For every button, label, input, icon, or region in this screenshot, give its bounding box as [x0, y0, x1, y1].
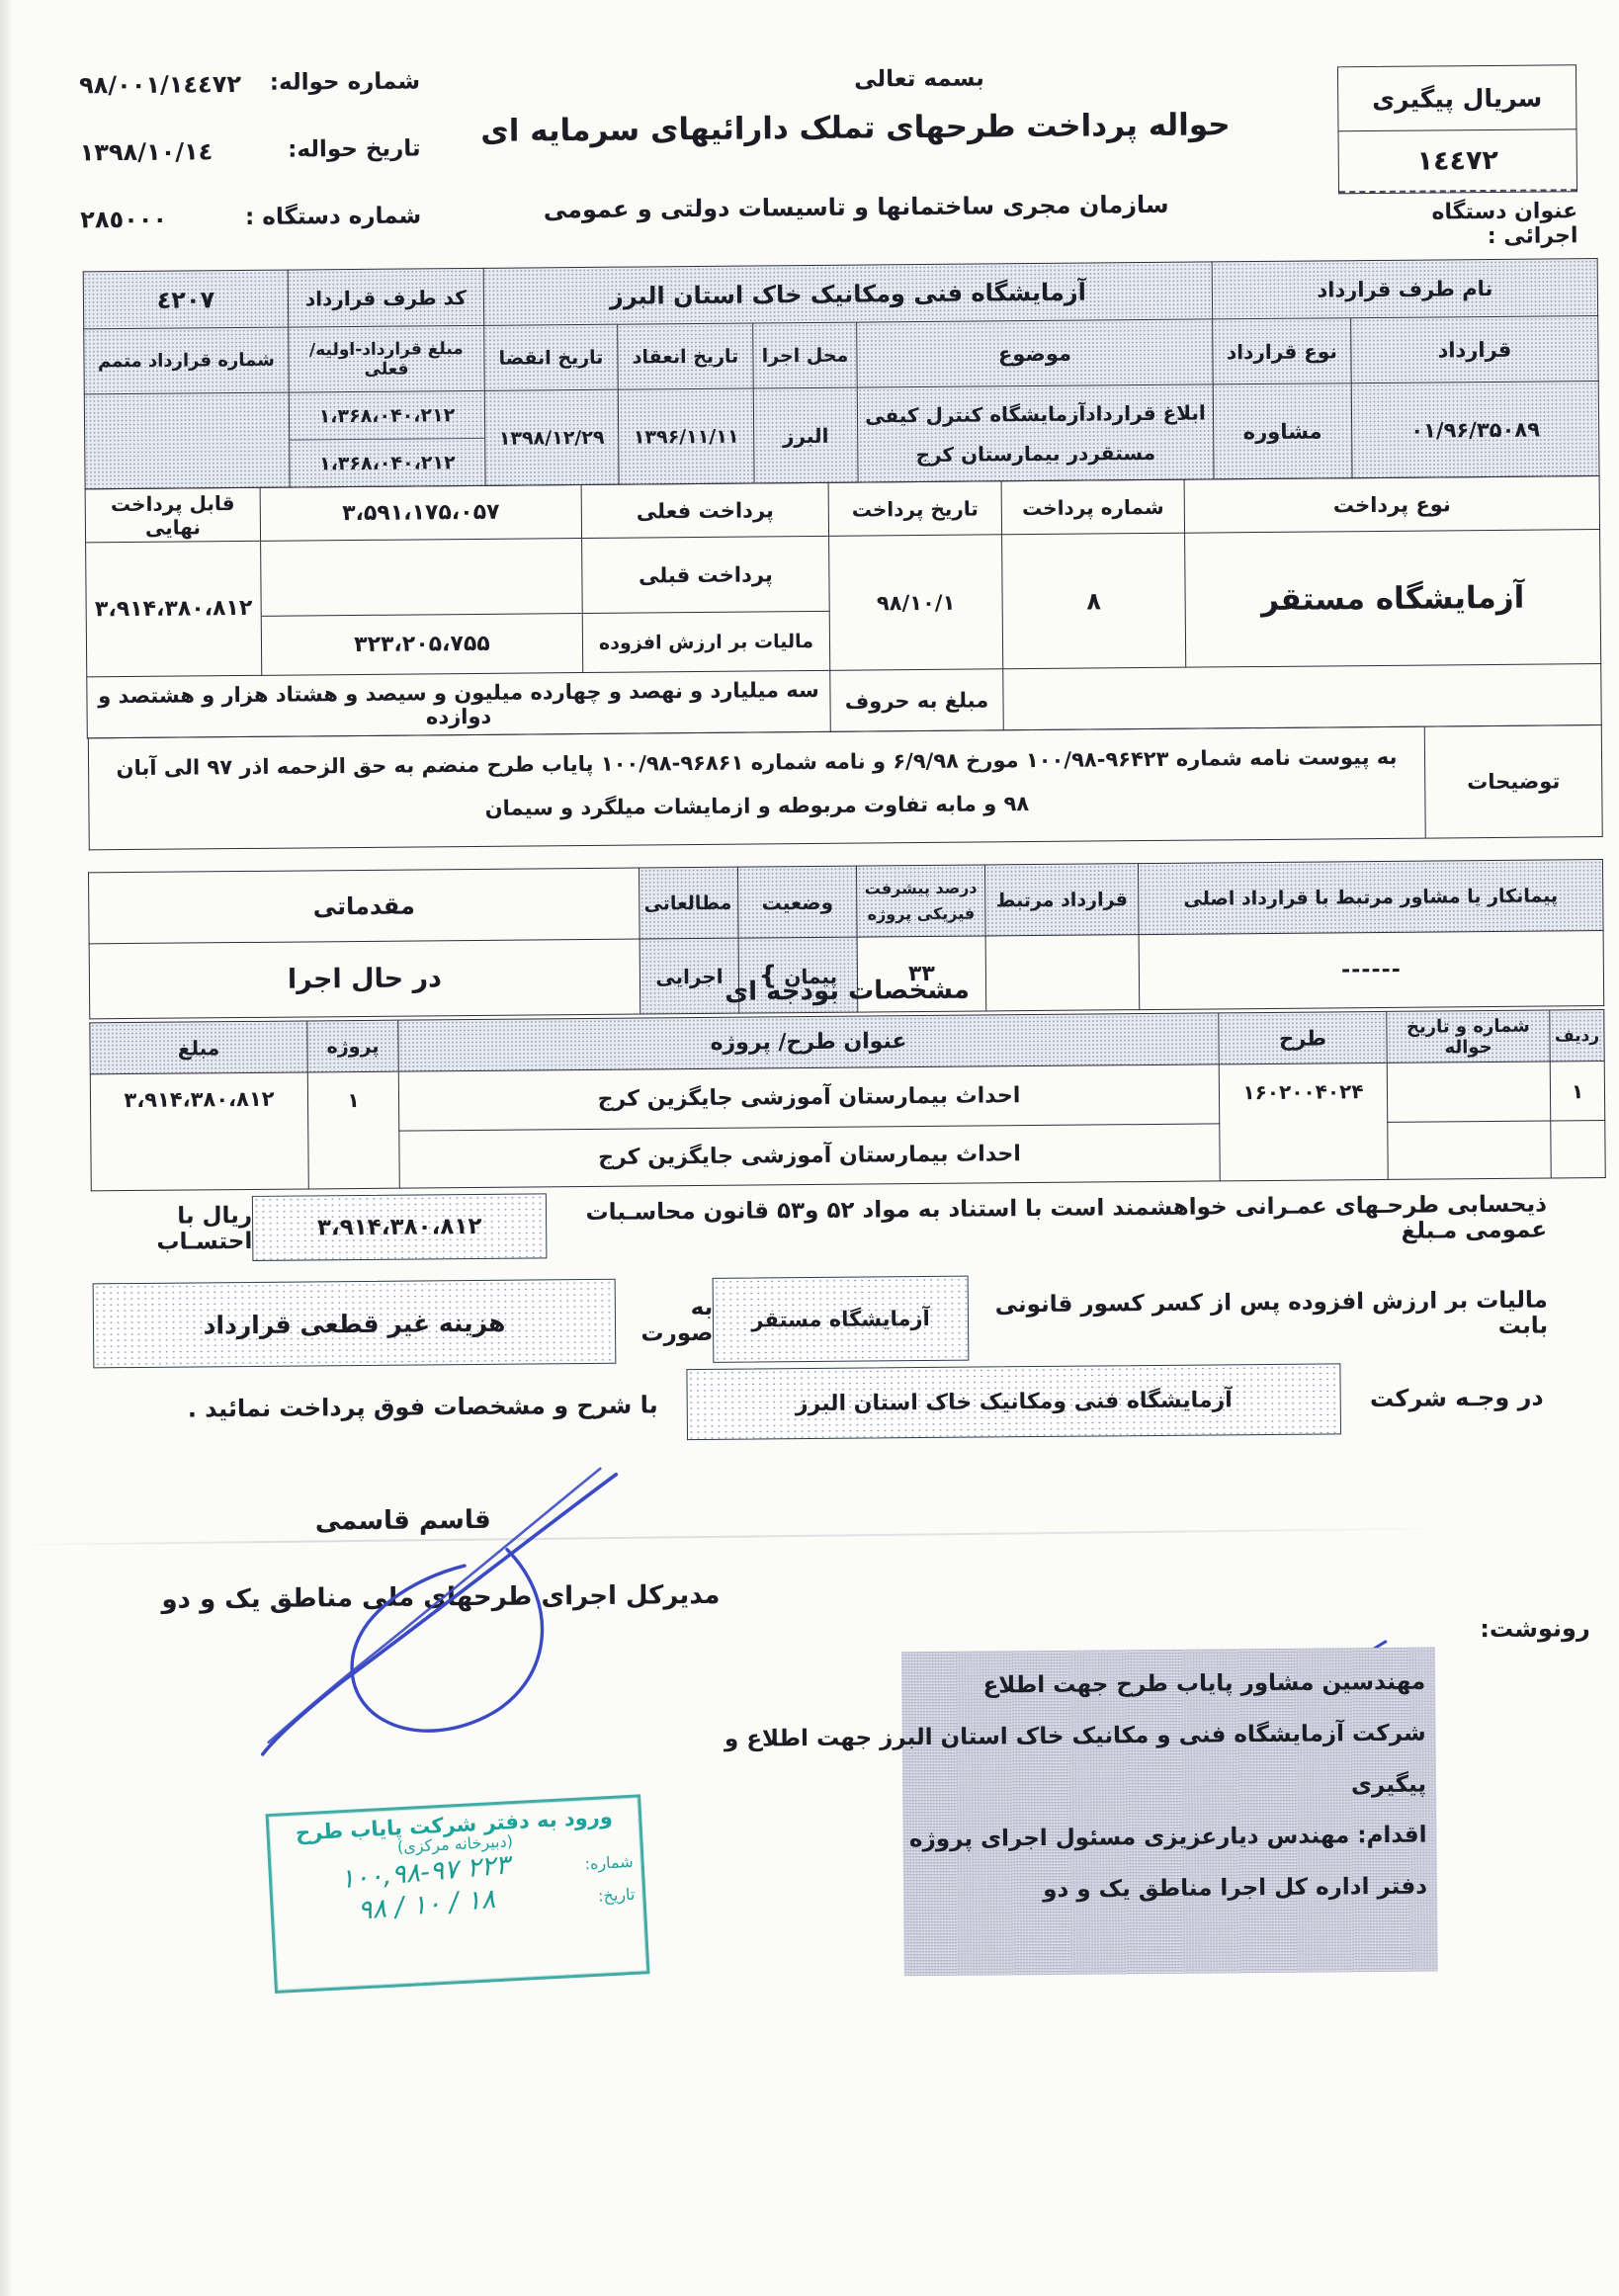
contract-col-type: نوع قرارداد — [1213, 318, 1352, 384]
directive-line1-text: ذیحسابی طرحـهای عمـرانی خواهشمند است با … — [547, 1192, 1547, 1252]
havaleh-date-value: ١٣٩٨/١٠/١٤ — [80, 137, 213, 166]
payment-date-value: ۹۸/۱۰/۱ — [829, 535, 1003, 671]
directive-line3-suffix: با شرح و مشخصات فوق پرداخت نمائید . — [188, 1391, 658, 1422]
contract-party-code-label: کد طرف قرارداد — [288, 268, 483, 327]
contract-col-subject: موضوع — [857, 319, 1214, 387]
payment-final-label: قابل پرداخت نهایی — [85, 487, 260, 543]
havaleh-date-row: تاریخ حواله: ١٣٩٨/١٠/١٤ — [80, 135, 421, 166]
cc-item-3: پیگیری — [902, 1759, 1436, 1815]
payment-words-spacer — [1003, 664, 1602, 730]
budget-row1-project-title: احداث بیمارستان آموزشی جایگزین کرج — [398, 1064, 1219, 1131]
payment-previous-label: پرداخت قبلی — [582, 536, 830, 613]
budget-row1-index: ۱ — [1550, 1061, 1605, 1120]
payment-table: نوع پرداخت شماره پرداخت تاریخ پرداخت پرد… — [86, 475, 1602, 738]
budget-col-amount: مبلغ — [90, 1021, 307, 1074]
directive-expense-box: هزینه غیر قطعی قرارداد — [93, 1279, 617, 1369]
contract-party-value: آزمایشگاه فنی ومکانیک خاک استان البرز — [483, 262, 1213, 325]
directive-line3-text: در وجـه شرکت — [1370, 1384, 1544, 1413]
contract-col-location: محل اجرا — [753, 322, 858, 388]
contract-expiry-date-value: ۱۳۹۸/۱۲/۲۹ — [484, 389, 619, 485]
budget-row2-project-title: احداث بیمارستان آموزشی جایگزین کرج — [399, 1124, 1220, 1188]
contract-amount-cell: ۱،۳۶۸،۰۴۰،۲۱۲ ۱،۳۶۸،۰۴۰،۲۱۲ — [289, 390, 485, 487]
contract-type-value: مشاوره — [1213, 383, 1352, 479]
havaleh-number-row: شماره حواله: ٩٨/٠٠١/١٤٤٧٢ — [79, 68, 420, 99]
contract-col-contract: قرارداد — [1351, 316, 1599, 383]
budget-row1-tarh: ۱۶۰۲۰۰۴۰۲۴ — [1219, 1063, 1388, 1180]
status-state-label: وضعیت — [737, 866, 857, 938]
stamp-date-label: تاریخ: — [571, 1885, 636, 1907]
tracking-serial-label: سریال پیگیری — [1338, 65, 1576, 131]
cc-box: مهندسین مشاور پایاب طرح جهت اطلاع شرکت آ… — [901, 1648, 1438, 1977]
contract-col-addendum: شماره قرارداد متمم — [84, 327, 290, 394]
payment-vat-label: مالیات بر ارزش افزوده — [582, 611, 830, 672]
contract-col-amount: مبلغ قرارداد-اولیه/فعلی — [289, 325, 485, 392]
scanned-document-page: سریال پیگیری ١٤٤٧٢ بسمه تعالی حواله پردا… — [0, 0, 1619, 2296]
budget-col-tarh: طرح — [1219, 1011, 1387, 1063]
payment-previous-value — [261, 539, 583, 617]
budget-row1-project: ۱ — [307, 1071, 399, 1189]
payment-number-label: شماره پرداخت — [1001, 479, 1184, 535]
payment-current-label: پرداخت فعلی — [581, 482, 828, 538]
contract-party-label: نام طرف قرارداد — [1212, 259, 1597, 319]
status-study-label: مطالعاتی — [639, 867, 738, 939]
contract-subject-value: ابلاغ قراردادآزمایشگاه کنترل کیفی مستقرد… — [857, 384, 1214, 482]
budget-row1-havaleh — [1387, 1062, 1551, 1122]
contract-amount-initial: ۱،۳۶۸،۰۴۰،۲۱۲ — [290, 391, 484, 440]
device-number-row: شماره دستگاه : ٢٨٥٠٠٠ — [80, 203, 421, 233]
scan-crease-line — [8, 1527, 1451, 1546]
contract-party-code-value: ٤٢٠٧ — [83, 270, 288, 329]
havaleh-date-label: تاریخ حواله: — [288, 135, 421, 164]
cc-item-5: دفتر اداره کل اجرا مناطق یک و دو — [903, 1862, 1437, 1917]
status-progress-label: درصد پیشرفت فیزیکی پروژه — [856, 865, 985, 937]
device-number-label: شماره دستگاه : — [245, 203, 421, 232]
budget-row2-havaleh — [1388, 1121, 1551, 1179]
signatory-name: قاسم قاسمی — [295, 1505, 512, 1537]
notes-text: به پیوست نامه شماره ۹۶۴۲۳-۱۰۰/۹۸ مورخ ۶/… — [88, 726, 1425, 851]
payment-type-label: نوع پرداخت — [1184, 476, 1599, 534]
budget-row1-amount: ۳،۹۱۴،۳۸۰،۸۱۲ — [90, 1072, 308, 1191]
device-number-value: ٢٨٥٠٠٠ — [80, 206, 167, 234]
stamp-number-label: شماره: — [569, 1852, 634, 1874]
payment-date-label: تاریخ پرداخت — [828, 481, 1001, 537]
directive-line1-suffix: ریال با احتسـاب — [92, 1203, 252, 1255]
contract-col-sign-date: تاریخ انعقاد — [618, 323, 754, 389]
besmeh-text: بسمه تعالی — [820, 65, 1018, 93]
contract-addendum-value — [84, 392, 290, 489]
cc-item-4: اقدام: مهندس دیارعزیزی مسئول اجرای پروژه — [902, 1811, 1436, 1866]
entry-stamp: ورود به دفتر شرکت پایاب طرح (دبیرخانه مر… — [266, 1794, 650, 1994]
budget-col-havaleh: شماره و تاریخ حواله — [1387, 1010, 1550, 1063]
contract-amount-current: ۱،۳۶۸،۰۴۰،۲۱۲ — [290, 438, 484, 487]
cc-label: رونوشت: — [1470, 1614, 1590, 1643]
directive-payee-box: آزمایشگاه فنی ومکانیک خاک استان البرز — [687, 1363, 1342, 1440]
document-content: سریال پیگیری ١٤٤٧٢ بسمه تعالی حواله پردا… — [0, 0, 1619, 2296]
amount-words-value: سه میلیارد و نهصد و چهارده میلیون و سیصد… — [87, 670, 831, 738]
directive-payfor-box: آزمایشگاه مستقر — [713, 1276, 969, 1363]
signatory-title: مدیرکل اجرای طرحهای ملی مناطق یک و دو — [161, 1580, 720, 1615]
tracking-serial-value: ١٤٤٧٢ — [1339, 129, 1577, 193]
directive-amount-box: ۳،۹۱۴،۳۸۰،۸۱۲ — [252, 1193, 548, 1261]
payment-final-value: ۳،۹۱۴،۳۸۰،۸۱۲ — [86, 541, 262, 677]
status-contractor-label: پیمانکار یا مشاور مرتبط با قرارداد اصلی — [1138, 860, 1603, 935]
notes-row: توضیحات به پیوست نامه شماره ۹۶۴۲۳-۱۰۰/۹۸… — [88, 724, 1603, 850]
cc-item-2: شرکت آزمایشگاه فنی و مکانیک خاک استان ال… — [901, 1708, 1435, 1763]
amount-words-label: مبلغ به حروف — [830, 669, 1004, 732]
budget-row2-index — [1551, 1120, 1606, 1177]
agency-title-label: عنوان دستگاه اجرائی : — [1365, 199, 1577, 250]
status-related-label: قرارداد مرتبط — [984, 864, 1139, 936]
payment-vat-value: ۳۲۳،۲۰۵،۷۵۵ — [261, 614, 583, 676]
directive-line2-text: مالیات بر ارزش افزوده پس از کسر کسور قان… — [968, 1288, 1548, 1344]
organization-name: سازمان مجری ساختمانها و تاسیسات دولتی و … — [461, 190, 1251, 224]
contract-table: نام طرف قرارداد آزمایشگاه فنی ومکانیک خا… — [84, 258, 1600, 489]
budget-col-project-title: عنوان طرح/ پروژه — [398, 1013, 1219, 1071]
directive-line-1: ذیحسابی طرحـهای عمـرانی خواهشمند است با … — [92, 1185, 1548, 1263]
budget-table: ردیف شماره و تاریخ حواله طرح عنوان طرح/ … — [90, 1009, 1605, 1191]
payment-type-value: آزمایشگاه مستقر — [1185, 530, 1601, 668]
payment-current-value: ۳،۵۹۱،۱۷۵،۰۵۷ — [260, 485, 581, 542]
cc-item-1: مهندسین مشاور پایاب طرح جهت اطلاع — [901, 1658, 1435, 1713]
notes-label: توضیحات — [1424, 724, 1603, 839]
tracking-serial-box: سریال پیگیری ١٤٤٧٢ — [1337, 64, 1577, 194]
directive-line-2: مالیات بر ارزش افزوده پس از کسر کسور قان… — [93, 1271, 1549, 1369]
havaleh-number-label: شماره حواله: — [270, 68, 420, 97]
contract-number-value: ۰۱/۹۶/۳۵۰۸۹ — [1351, 382, 1599, 478]
document-title: حواله پرداخت طرحهای تملک دارائیهای سرمای… — [361, 106, 1349, 150]
budget-col-project: پروژه — [307, 1020, 398, 1072]
havaleh-number-value: ٩٨/٠٠١/١٤٤٧٢ — [79, 70, 241, 99]
status-prelim-label: مقدماتی — [89, 868, 640, 944]
contract-sign-date-value: ۱۳۹۶/۱۱/۱۱ — [618, 388, 754, 484]
directive-line2-middle: به صورت — [616, 1295, 714, 1347]
directive-line-3: در وجـه شرکت آزمایشگاه فنی ومکانیک خاک ا… — [93, 1362, 1544, 1446]
contract-location-value: البرز — [753, 387, 858, 483]
budget-col-row: ردیف — [1550, 1010, 1604, 1062]
payment-number-value: ۸ — [1002, 533, 1186, 669]
contract-col-expiry-date: تاریخ انقضا — [484, 324, 619, 390]
